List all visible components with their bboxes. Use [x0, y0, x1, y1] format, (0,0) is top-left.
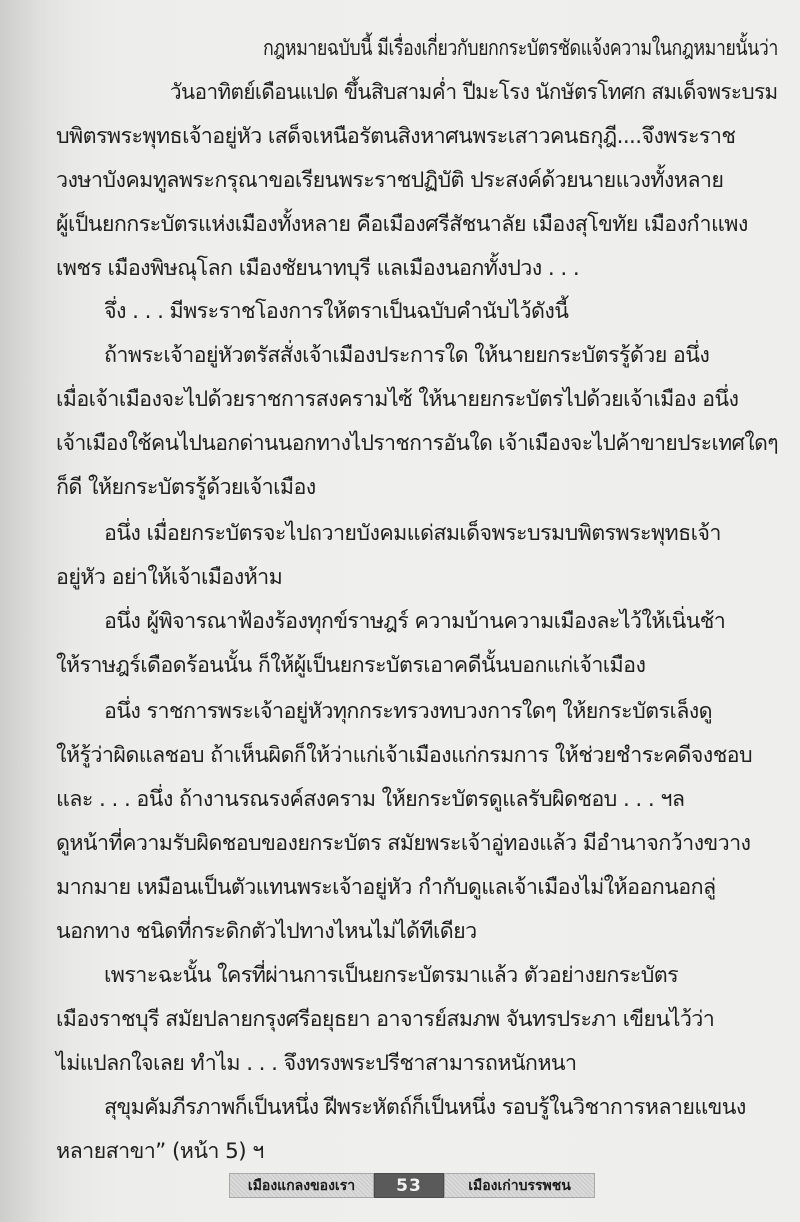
text-line: อยู่หัว อย่าให้เจ้าเมืองห้าม — [56, 563, 282, 593]
text-line: ผู้เป็นยกกระบัตรแห่งเมืองทั้งหลาย คือเมื… — [56, 210, 748, 240]
text-line: ดูหน้าที่ความรับผิดชอบของยกระบัตร สมัยพร… — [56, 829, 750, 859]
text-line: และ . . . อนึ่ง ถ้างานรณรงค์สงคราม ให้ยก… — [56, 785, 684, 815]
page-footer: เมืองแกลงของเรา 53 เมืองเก่าบรรพชน — [229, 1173, 595, 1198]
text-line: จึ่ง . . . มีพระราชโองการให้ตราเป็นฉบับค… — [104, 297, 568, 327]
text-line: กฎหมายฉบับนี้ มีเรื่องเกี่ยวกับยกกระบัตร… — [263, 34, 690, 64]
text-line: มากมาย เหมือนเป็นตัวแทนพระเจ้าอยู่หัว กำ… — [56, 873, 716, 903]
footer-book-title: เมืองแกลงของเรา — [229, 1173, 374, 1198]
text-line: เพชร เมืองพิษณุโลก เมืองชัยนาทบุรี แลเมื… — [56, 254, 579, 284]
text-line: ไม่แปลกใจเลย ทำไม . . . จึงทรงพระปรีชาสา… — [56, 1049, 576, 1079]
text-line: ถ้าพระเจ้าอยู่หัวตรัสสั่งเจ้าเมืองประการ… — [104, 341, 709, 371]
text-line: บพิตรพระพุทธเจ้าอยู่หัว เสด็จเหนือรัตนสิ… — [56, 122, 735, 152]
text-line: นอกทาง ชนิดที่กระดิกตัวไปทางไหนไม่ได้ทีเ… — [56, 917, 477, 947]
text-line: อนึ่ง เมื่อยกระบัตรจะไปถวายบังคมแด่สมเด็… — [104, 519, 721, 549]
text-line: อนึ่ง ผู้พิจารณาฟ้องร้องทุกข์ราษฎร์ ความ… — [104, 607, 725, 637]
text-line: อนึ่ง ราชการพระเจ้าอยู่หัวทุกกระทรวงทบวง… — [104, 697, 712, 727]
text-line: เมื่อเจ้าเมืองจะไปด้วยราชการสงครามไซ้ ให… — [56, 385, 738, 415]
text-line: เพราะฉะนั้น ใครที่ผ่านการเป็นยกระบัตรมาแ… — [104, 961, 678, 991]
text-line: ให้ราษฎร์เดือดร้อนนั้น ก็ให้ผู้เป็นยกระบ… — [56, 651, 645, 681]
text-line: ก็ดี ให้ยกระบัตรรู้ด้วยเจ้าเมือง — [56, 473, 316, 503]
text-line: ให้รู้ว่าผิดแลชอบ ถ้าเห็นผิดก็ให้ว่าแก่เ… — [56, 741, 752, 771]
text-line: เมืองราชบุรี สมัยปลายกรุงศรีอยุธยา อาจาร… — [56, 1005, 714, 1035]
text-line: หลายสาขา” (หน้า 5) ฯ — [56, 1137, 264, 1167]
text-line: วันอาทิตย์เดือนแปด ขึ้นสิบสามค่ำ ปีมะโรง… — [170, 78, 778, 108]
footer-section-title: เมืองเก่าบรรพชน — [444, 1173, 595, 1198]
text-line: วงษาบังคมทูลพระกรุณาขอเรียนพระราชปฏิบัติ… — [56, 166, 723, 196]
text-line: เจ้าเมืองใช้คนไปนอกด่านนอกทางไปราชการอัน… — [56, 429, 778, 459]
text-line: สุขุมคัมภีรภาพก็เป็นหนึ่ง ฝีพระหัตถ์ก็เป… — [104, 1093, 746, 1123]
book-page: กฎหมายฉบับนี้ มีเรื่องเกี่ยวกับยกกระบัตร… — [0, 0, 800, 1222]
page-number: 53 — [374, 1173, 444, 1198]
